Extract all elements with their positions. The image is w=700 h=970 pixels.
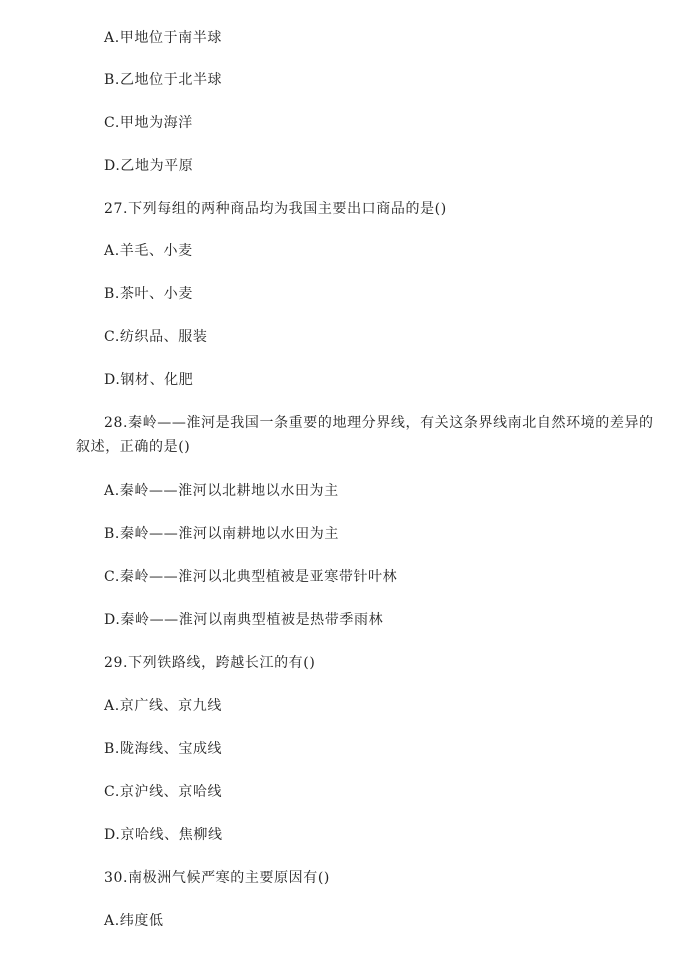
question-29-option-b: B.陇海线、宝成线 (104, 740, 222, 758)
question-27-option-a: A.羊毛、小麦 (104, 242, 193, 260)
question-29-stem: 29.下列铁路线，跨越长江的有() (104, 654, 315, 672)
option-prev-d: D.乙地为平原 (104, 157, 193, 175)
question-28-option-a: A.秦岭——淮河以北耕地以水田为主 (104, 482, 339, 500)
question-28-option-c: C.秦岭——淮河以北典型植被是亚寒带针叶林 (104, 568, 397, 586)
question-29-option-a: A.京广线、京九线 (104, 697, 222, 715)
question-28-stem-line1: 28.秦岭——淮河是我国一条重要的地理分界线，有关这条界线南北自然环境的差异的 (104, 414, 654, 432)
question-27-option-c: C.纺织品、服装 (104, 328, 207, 346)
question-28-stem-line2: 叙述，正确的是() (76, 438, 190, 456)
question-29-option-c: C.京沪线、京哈线 (104, 783, 222, 801)
question-28-option-d: D.秦岭——淮河以南典型植被是热带季雨林 (104, 611, 383, 629)
option-prev-a: A.甲地位于南半球 (104, 29, 222, 47)
question-30-option-a: A.纬度低 (104, 912, 164, 930)
question-28-option-b: B.秦岭——淮河以南耕地以水田为主 (104, 525, 339, 543)
question-30-stem: 30.南极洲气候严寒的主要原因有() (104, 869, 330, 887)
question-27-option-b: B.茶叶、小麦 (104, 285, 193, 303)
question-27-stem: 27.下列每组的两种商品均为我国主要出口商品的是() (104, 200, 447, 218)
question-27-option-d: D.钢材、化肥 (104, 371, 193, 389)
question-29-option-d: D.京哈线、焦柳线 (104, 826, 223, 844)
option-prev-c: C.甲地为海洋 (104, 114, 193, 132)
option-prev-b: B.乙地位于北半球 (104, 71, 222, 89)
